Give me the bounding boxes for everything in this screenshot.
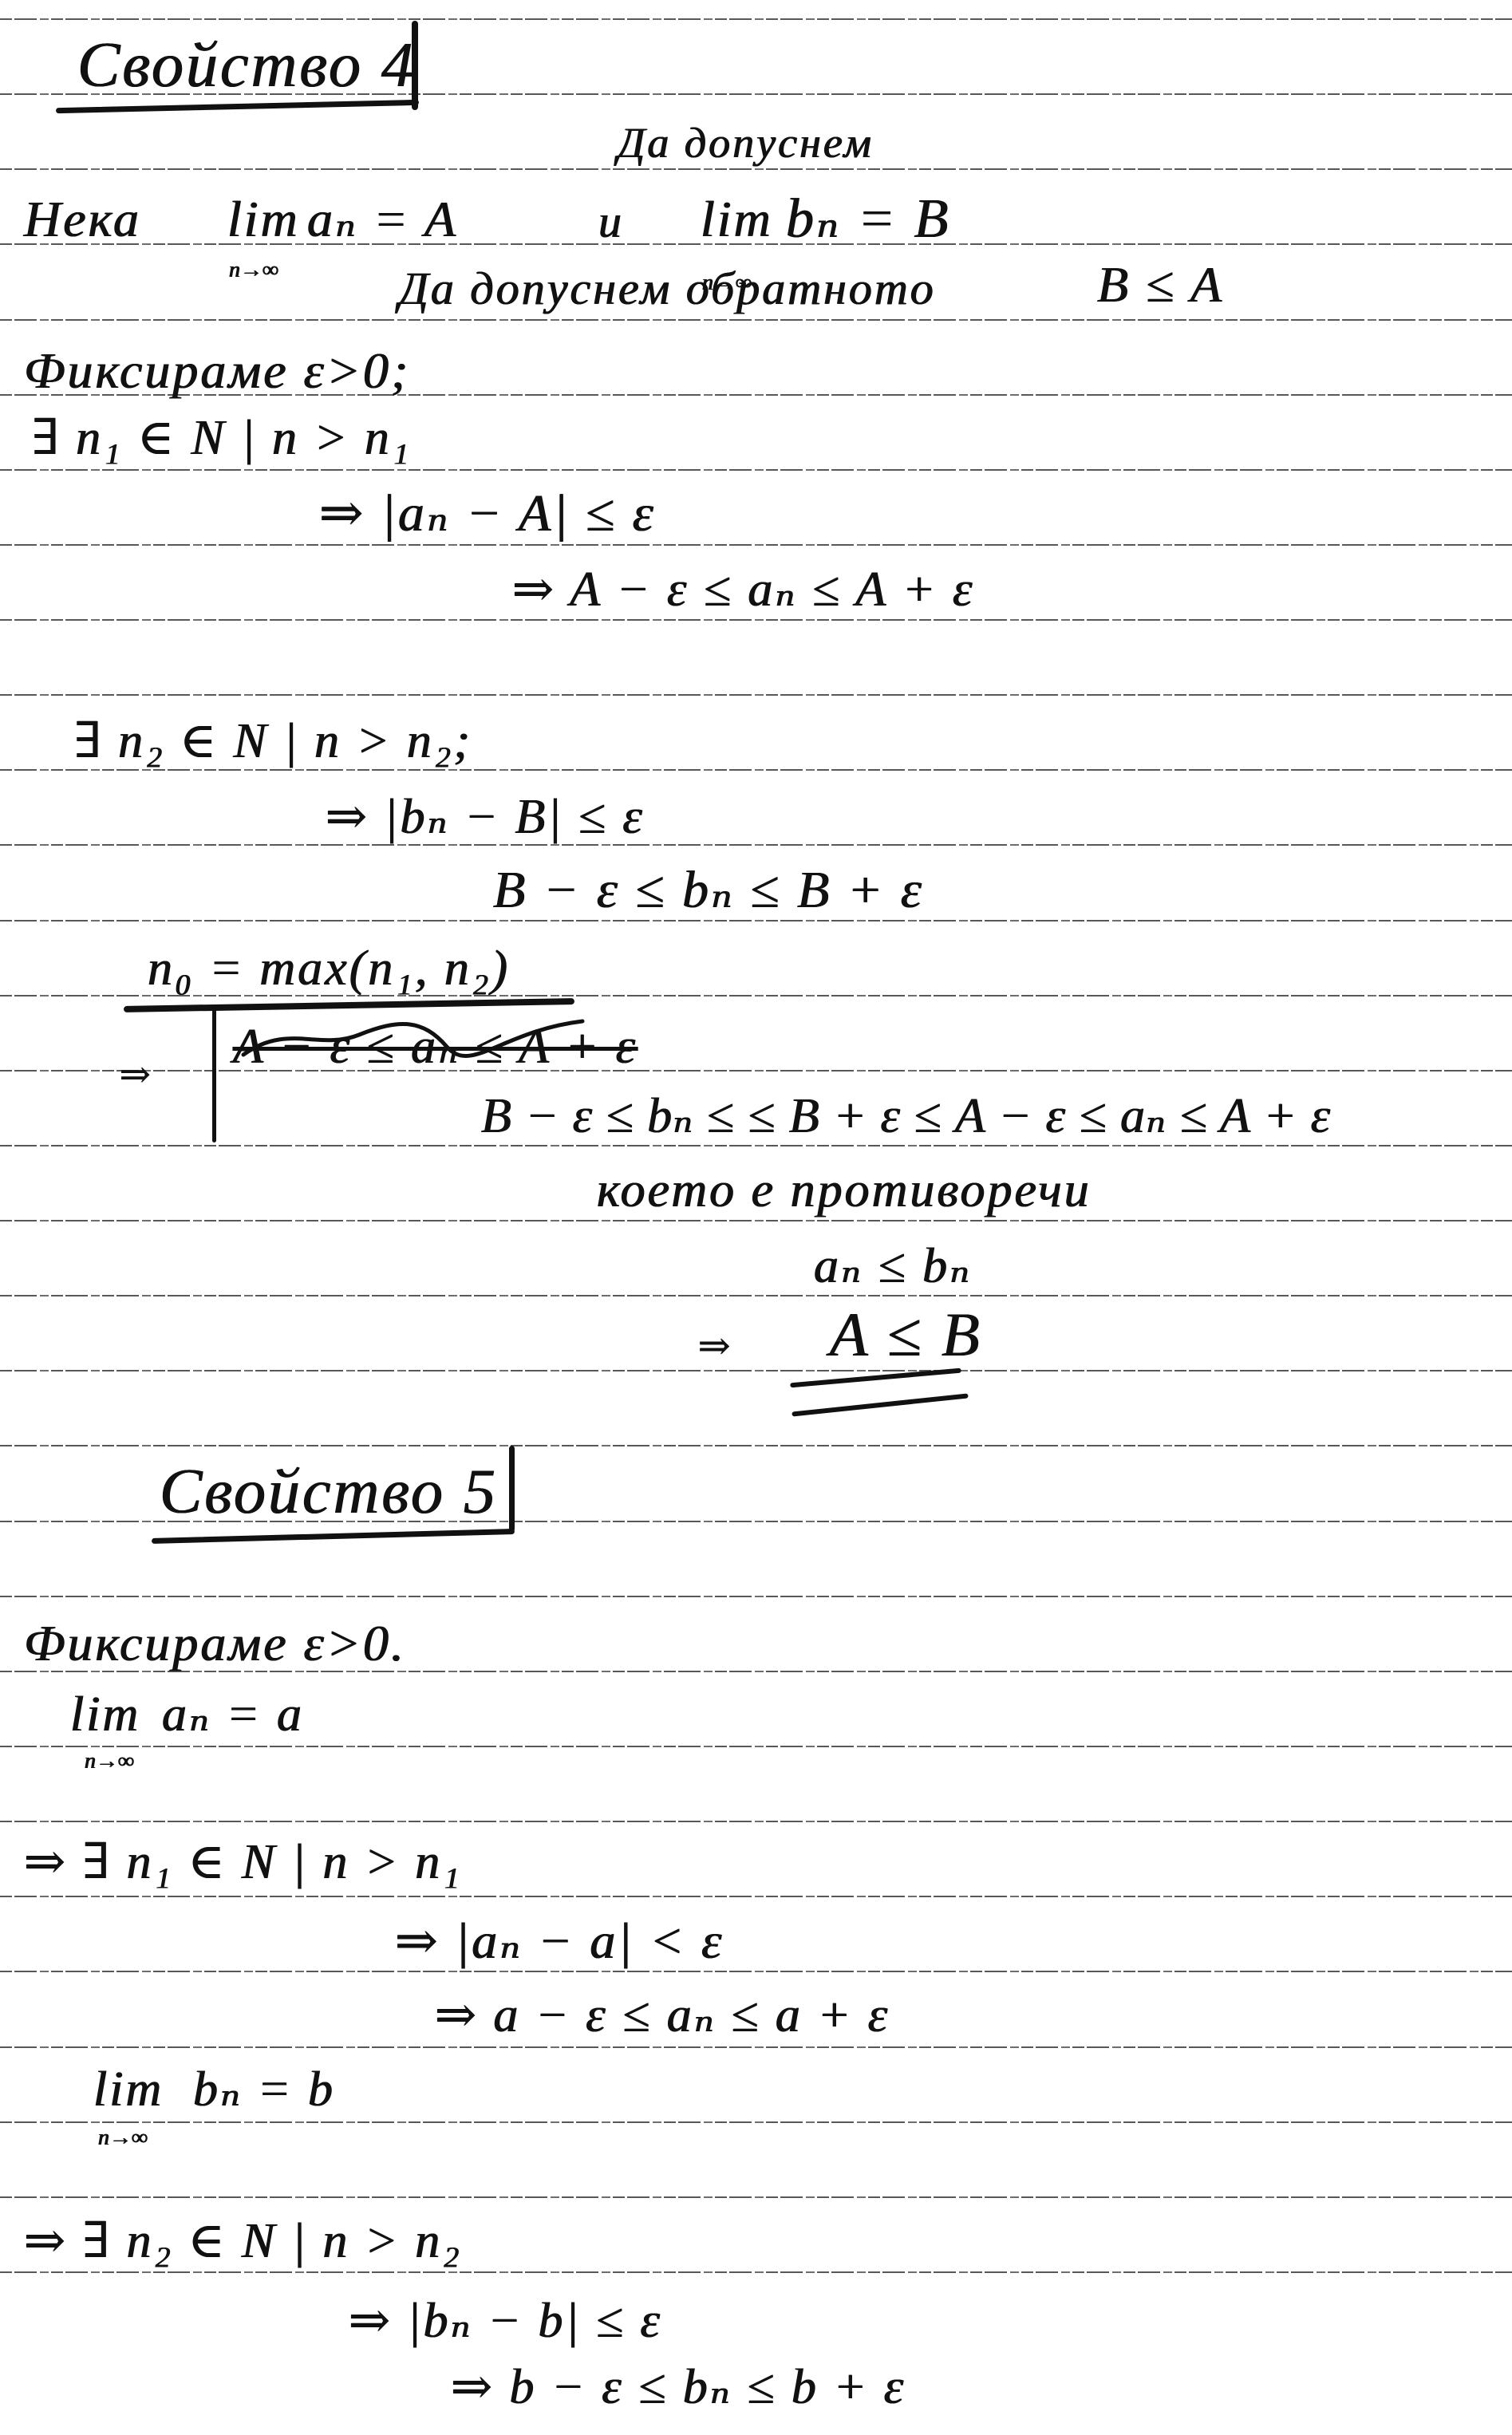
step-exists-n1: ∃ n₁ ∈ N | n > n₁: [32, 411, 411, 465]
lim-label: lim: [701, 191, 773, 247]
insert-note: Да допуснем: [618, 120, 874, 167]
limit-a-expression: aₙ = a: [162, 1687, 304, 1742]
step-bounds-b: B − ε ≤ bₙ ≤ B + ε: [493, 862, 924, 920]
lim-label: lim: [70, 1687, 140, 1742]
ruled-line: [0, 1445, 1512, 1446]
ruled-line: [0, 769, 1512, 771]
ruled-line: [0, 1896, 1512, 1897]
lim-subscript: n→∞: [98, 2126, 148, 2151]
ruled-line: [0, 1821, 1512, 1822]
title-box-bar: [412, 21, 418, 110]
step-exists-n1: ⇒ ∃ n₁ ∈ N | n > n₁: [24, 1835, 462, 1889]
step-bounds-a: ⇒ a − ε ≤ aₙ ≤ a + ε: [435, 1988, 890, 2042]
step-bounds-a: ⇒ A − ε ≤ aₙ ≤ A + ε: [512, 562, 974, 617]
ruled-line: [0, 1370, 1512, 1371]
limit-a-operator: lim n→∞: [70, 1687, 140, 1742]
limit-a-operator: lim n→∞: [227, 191, 300, 247]
limit-b-operator: lim n→∞: [93, 2062, 164, 2117]
ruled-line: [0, 2196, 1512, 2198]
title-underline: [152, 1529, 515, 1544]
ruled-line: [0, 1295, 1512, 1296]
step-bounds-b: ⇒ b − ε ≤ bₙ ≤ b + ε: [451, 2360, 906, 2414]
ruled-line: [0, 2121, 1512, 2123]
inequality-chain: B − ε ≤ bₙ ≤ ≤ B + ε ≤ A − ε ≤ aₙ ≤ A + …: [481, 1089, 1331, 1143]
ruled-line: [0, 920, 1512, 922]
title-box-bar: [509, 1446, 515, 1532]
ruled-line: [0, 1596, 1512, 1597]
limit-a-expression: aₙ = A: [307, 191, 458, 247]
hypothesis-let: Нека: [24, 191, 141, 247]
ruled-line: [0, 1070, 1512, 1071]
lim-label: lim: [93, 2062, 164, 2117]
ruled-line: [0, 1971, 1512, 1972]
ruled-line: [0, 168, 1512, 170]
lim-subscript: n→∞: [85, 1750, 134, 1774]
ruled-line: [0, 2271, 1512, 2273]
ruled-line: [0, 18, 1512, 20]
ruled-line: [0, 319, 1512, 321]
ruled-line: [0, 694, 1512, 696]
assumption-text: Да допуснем обратното: [399, 263, 936, 314]
notebook-page: Свойство 4 Да допуснем Нека lim n→∞ aₙ =…: [0, 0, 1512, 2435]
conclusion-arrow: ⇒: [698, 1326, 732, 1368]
ruled-line: [0, 544, 1512, 546]
ruled-line: [0, 469, 1512, 471]
given-inequality: aₙ ≤ bₙ: [814, 1239, 972, 1293]
strike-scribble: [239, 1015, 590, 1063]
contradiction-note: което е противоречи: [597, 1163, 1092, 1217]
conclusion: A ≤ B: [830, 1300, 982, 1369]
ruled-line: [0, 1746, 1512, 1747]
limit-b-operator: lim n→∞: [701, 191, 773, 247]
implies-arrow: ⇒: [120, 1055, 153, 1095]
system-bracket: [212, 1007, 216, 1143]
ruled-line: [0, 1145, 1512, 1146]
step-exists-n2: ⇒ ∃ n₂ ∈ N | n > n₂: [24, 2214, 462, 2268]
assumption-relation: B ≤ A: [1097, 257, 1224, 313]
step-abs-a: ⇒ |aₙ − a| < ε: [395, 1913, 724, 1969]
lim-label: lim: [227, 191, 300, 247]
lim-subscript: n→∞: [229, 258, 278, 283]
limit-b-expression: bₙ = B: [786, 188, 950, 250]
step-n0-max: n₀ = max(n₁, n₂): [148, 941, 510, 996]
ruled-line: [0, 2046, 1512, 2048]
ruled-line: [0, 619, 1512, 621]
step-abs-b: ⇒ |bₙ − B| ≤ ε: [326, 790, 645, 844]
conclusion-underline-2: [792, 1393, 968, 1416]
step-abs-b: ⇒ |bₙ − b| ≤ ε: [349, 2294, 662, 2348]
section-title: Свойство 4: [77, 30, 416, 101]
fix-epsilon: Фиксираме ε>0;: [24, 343, 410, 399]
step-exists-n2: ∃ n₂ ∈ N | n > n₂;: [74, 714, 472, 768]
separator-line: [124, 998, 574, 1012]
fix-epsilon: Фиксираме ε>0.: [24, 1616, 406, 1671]
step-abs-a: ⇒ |aₙ − A| ≤ ε: [319, 485, 656, 543]
title-underline: [56, 100, 419, 113]
ruled-line: [0, 844, 1512, 846]
limit-b-expression: bₙ = b: [193, 2062, 335, 2117]
hypothesis-and: и: [598, 196, 624, 247]
section-title: Свойство 5: [160, 1457, 498, 1527]
ruled-line: [0, 1220, 1512, 1221]
